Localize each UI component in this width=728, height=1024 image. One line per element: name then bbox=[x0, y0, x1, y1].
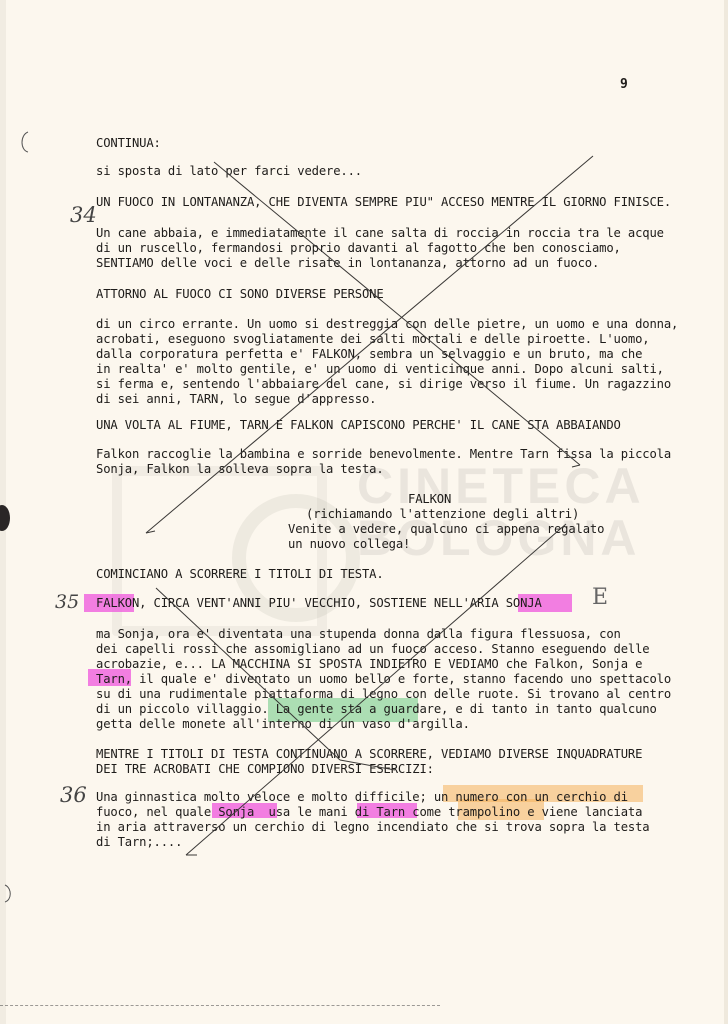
script-page: CINETECA BOLOGNA 9 CONTINUA: si sposta d… bbox=[0, 0, 728, 1024]
cross-out-marks bbox=[0, 0, 728, 1024]
page-bottom-edge bbox=[0, 1005, 440, 1006]
strike-upper-diagonal-1 bbox=[214, 162, 580, 465]
strike-upper-diagonal-2 bbox=[146, 156, 593, 533]
strike-lower-diagonal-2 bbox=[186, 524, 566, 855]
strike-lower-diagonal-1 bbox=[156, 588, 340, 760]
